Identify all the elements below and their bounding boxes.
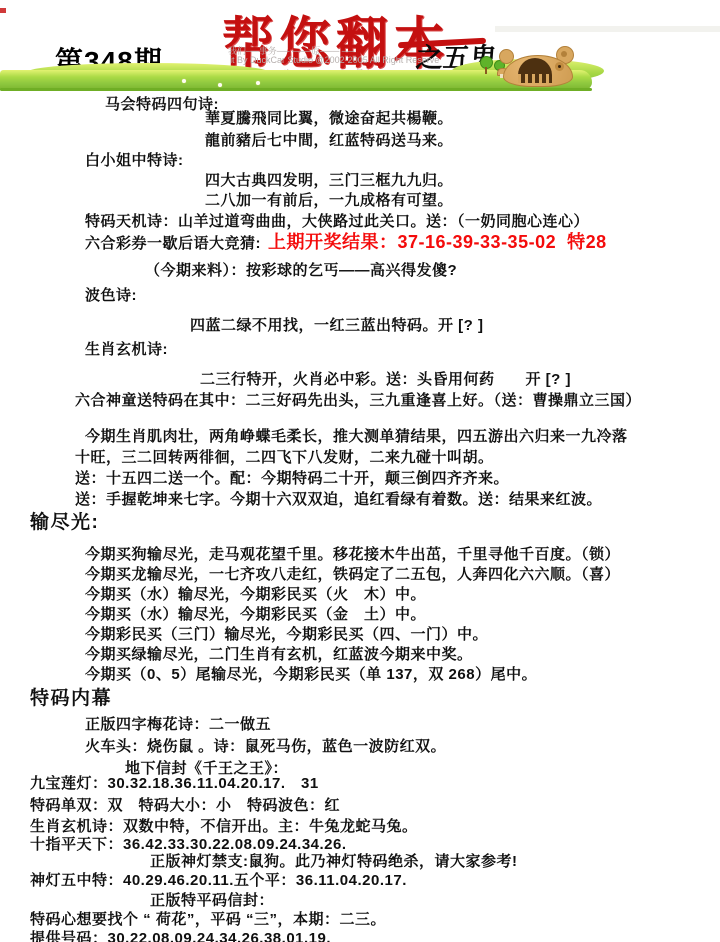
flower-dot xyxy=(182,79,186,83)
text-line: 提供号码：30.22.08.09.24.34.26.38.01.19. xyxy=(30,930,331,942)
flower-dot xyxy=(256,81,260,85)
text-line: 二三行特开，火肖必中彩。送：头昏用何药 开 [? ] xyxy=(200,371,571,388)
section-neimu: 特码内幕 xyxy=(30,690,112,707)
heading-xiehouyu: 六合彩券一歇后语大竞猜: xyxy=(85,235,261,252)
text-line: 四蓝二绿不用找，一红三蓝出特码。开 [? ] xyxy=(190,317,484,334)
text-line: 送：手握乾坤来七字。今期十六双双迫，追红看绿有着数。送：结果来红波。 xyxy=(75,491,602,508)
text-line: 特码心想要找个 “ 荷花”，平码 “三”，本期：二三。 xyxy=(30,911,386,928)
text-line: 十旺，三二回转两徘徊，二四飞下八发财，二来九碰十叫胡。 xyxy=(75,449,494,466)
heading-baixiaojie: 白小姐中特诗: xyxy=(85,152,184,169)
text-line: 今期买绿输尽光，二门生肖有玄机，红蓝波今期来中奖。 xyxy=(85,646,473,663)
text-line: 今期买（水）输尽光，今期彩民买（火 木）中。 xyxy=(85,586,426,603)
text-line: 今期生肖肌肉壮，两角峥蝶毛柔长，推大测单猜结果，四五游出六归来一九冷落 xyxy=(85,428,628,445)
text-line: 今期买狗输尽光，走马观花望千里。移花接木牛出茁，千里寻他千百度。（锁） xyxy=(85,546,620,563)
text-line: 今期买（水）输尽光，今期彩民买（金 土）中。 xyxy=(85,606,426,623)
text-line: 十指平天下：36.42.33.30.22.08.09.24.34.26. xyxy=(30,836,347,853)
text-line: 今期彩民买（三门）输尽光，今期彩民买（四、一门）中。 xyxy=(85,626,488,643)
heading-tianji: 特码天机诗：山羊过道弯曲曲，大侠路过此关口。送：（一奶同胞心连心） xyxy=(85,213,589,230)
text-line: 九宝莲灯：30.32.18.36.11.04.20.17. 31 xyxy=(30,775,319,792)
scan-smudge xyxy=(495,26,720,32)
watermark-text: it By DuckCar Studio @2002-2005 All Righ… xyxy=(230,55,439,65)
text-line: 今期买龙输尽光，一七齐攻八走红，铁码定了二五包，人奔四化六六顺。（喜） xyxy=(85,566,620,583)
heading-mahui-poem: 马会特码四句诗: xyxy=(105,96,219,113)
text-line: 特码单双：双 特码大小：小 特码波色：红 xyxy=(30,797,340,814)
text-line: 六合神童送特码在其中：二三好码先出头，三九重逢喜上好。（送：曹操鼎立三国） xyxy=(75,392,641,409)
tree-icon xyxy=(480,56,492,74)
text-line: 二八加一有前后，一九成格有可望。 xyxy=(205,192,453,209)
section-shujinguang: 输尽光: xyxy=(30,514,99,531)
scan-artifact xyxy=(0,8,6,13)
text-line: 四大古典四发明，三门三框九九归。 xyxy=(205,172,453,189)
text-line: 神灯五中特：40.29.46.20.11.五个平：36.11.04.20.17. xyxy=(30,872,407,889)
flower-dot xyxy=(218,83,222,87)
bear-teeth-stripes xyxy=(518,74,552,83)
text-line: 正版神灯禁支:鼠狗。此乃神灯特码绝杀，请大家参考! xyxy=(150,853,518,870)
tree-trunk xyxy=(485,67,487,74)
heading-shengxiao: 生肖玄机诗: xyxy=(85,341,168,358)
text-line: 送：十五四二送一个。配：今期特码二十开，颠三倒四齐齐来。 xyxy=(75,470,509,487)
heading-bose: 波色诗: xyxy=(85,287,137,304)
text-line: （今期来料）：按彩球的乞丐——高兴得发傻? xyxy=(145,262,457,279)
previous-draw-result: 上期开奖结果：37-16-39-33-35-02 特28 xyxy=(268,228,607,254)
text-line: 龍前豬后七中間，红蓝特码送马来。 xyxy=(205,132,453,149)
text-line: 正版特平码信封： xyxy=(150,892,274,909)
text-line: 正版四字梅花诗：二一做五 xyxy=(85,716,271,733)
lottery-tip-sheet: 第348期 帮您翻本 之五鬼 我们──事务── ───原─── ── it By… xyxy=(0,0,720,942)
bear-mascot-icon xyxy=(503,46,577,90)
bear-eye xyxy=(555,62,564,71)
text-line: 華夏騰飛同比翼，微途奋起共楊鞭。 xyxy=(205,110,453,127)
text-line: 生肖玄机诗：双数中特，不信开出。主：牛兔龙蛇马兔。 xyxy=(30,818,418,835)
text-line: 火车头：烧伤鼠 。诗：鼠死马伤，蓝色一波防红双。 xyxy=(85,738,446,755)
text-line: 今期买（0、5）尾输尽光，今期彩民买（单 137，双 268）尾中。 xyxy=(85,666,537,683)
